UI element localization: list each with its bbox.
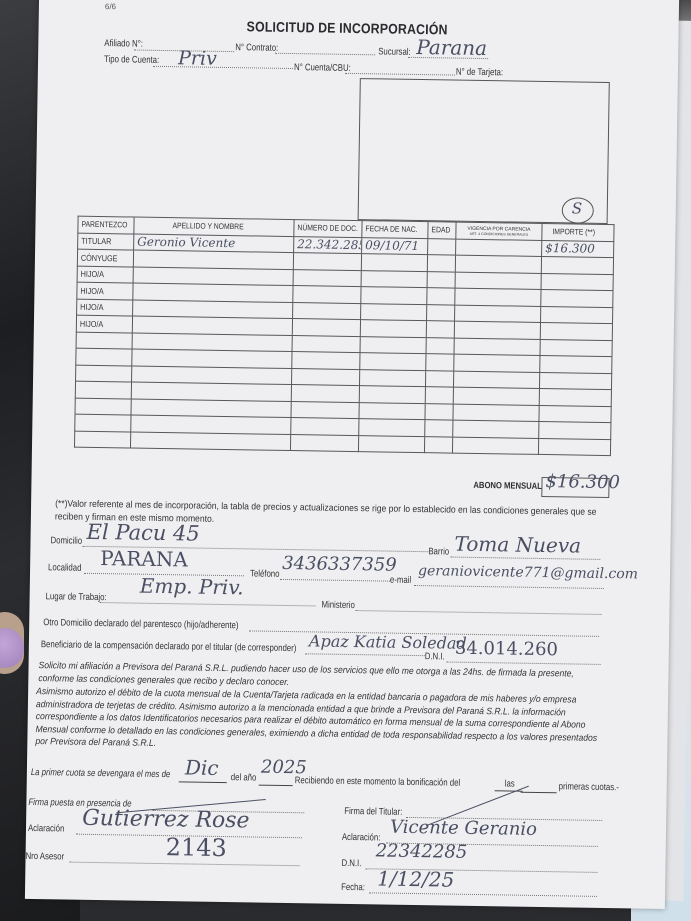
circled-mark: S (562, 197, 594, 223)
cell-importe[interactable] (539, 372, 611, 390)
sucursal-label: Sucursal: (378, 46, 411, 58)
email-label: e-mail (390, 575, 411, 586)
cell-doc[interactable] (293, 269, 361, 287)
cell-fecha[interactable] (361, 270, 427, 288)
cell-fecha[interactable] (359, 386, 425, 404)
nro-asesor-value: 2143 (166, 833, 228, 862)
cell-parentezco: HIJO/A (76, 315, 132, 332)
nro-asesor-label: Nro Asesor (25, 851, 64, 863)
cell-vigencia[interactable] (453, 371, 539, 389)
cell-fecha[interactable] (359, 419, 425, 437)
barrio-value: Toma Nueva (454, 532, 581, 558)
ministerio-label: Ministerio (321, 600, 355, 612)
cell-fecha[interactable] (358, 435, 424, 453)
cell-importe[interactable] (541, 289, 613, 307)
cell-edad[interactable] (425, 370, 453, 387)
domicilio-value: El Pacu 45 (86, 520, 199, 546)
domicilio-label: Domicilio (50, 535, 82, 546)
cell-importe[interactable] (541, 306, 613, 324)
cell-doc[interactable] (291, 418, 359, 436)
fecha-value: 1/12/25 (377, 866, 454, 891)
cell-doc[interactable] (290, 434, 358, 452)
cell-parentezco (75, 414, 131, 431)
col-importe: IMPORTE (**) (542, 223, 614, 241)
cell-parentezco (75, 398, 131, 415)
aclaracion-asesor-label: Aclaración (28, 823, 65, 835)
cell-vigencia[interactable] (453, 404, 539, 422)
cell-importe[interactable] (539, 421, 611, 439)
cell-vigencia[interactable] (454, 354, 540, 372)
cell-edad[interactable] (427, 304, 455, 321)
cell-fecha[interactable] (361, 303, 427, 321)
tipo-cuenta-field[interactable] (153, 66, 293, 69)
beneficiario-dni-label: D.N.I. (425, 651, 445, 662)
col-edad: EDAD (428, 222, 456, 239)
cell-edad[interactable] (426, 354, 454, 371)
cell-fecha[interactable] (359, 369, 425, 387)
cell-fecha[interactable] (361, 254, 427, 272)
bonificacion-field-2[interactable] (521, 792, 557, 794)
cell-edad[interactable] (427, 271, 455, 288)
anio-label: del año (231, 772, 257, 783)
cell-edad[interactable] (426, 337, 454, 354)
localidad-value: PARANA (100, 546, 188, 571)
cell-parentezco: CÓNYUGE (77, 249, 133, 266)
abono-value: $16.300 (545, 471, 620, 493)
cell-doc[interactable] (293, 286, 361, 304)
trabajo-value: Emp. Priv. (140, 574, 244, 600)
tipo-cuenta-value: Priv (178, 47, 217, 70)
cell-importe[interactable]: $16.300 (542, 240, 614, 258)
members-table: PARENTEZCO APELLIDO Y NOMBRE NÚMERO DE D… (74, 216, 615, 456)
bonificacion-label: Recibiendo en este momento la bonificaci… (295, 775, 461, 789)
cell-doc[interactable] (292, 352, 360, 370)
cell-vigencia[interactable] (453, 420, 539, 438)
col-vigencia: VIGENCIA POR CARENCIAART. 4 CONDICIONES … (456, 222, 542, 240)
cell-fecha[interactable] (360, 336, 426, 354)
cell-parentezco: HIJO/A (77, 282, 133, 299)
fecha-field[interactable] (369, 892, 597, 897)
cuenta-cbu-label: N° Cuenta/CBU: (294, 62, 351, 74)
beneficiario-value: Apaz Katia Soledad (309, 631, 467, 652)
cell-fecha[interactable] (361, 287, 427, 305)
cell-edad[interactable] (427, 255, 455, 272)
otro-domicilio-label: Otro Domicilio declarado del parentesco … (43, 617, 238, 631)
primer-cuota-label: La primer cuota se devengara el mes de (31, 767, 171, 780)
cell-doc[interactable] (293, 302, 361, 320)
sucursal-value: Parana (416, 35, 487, 60)
cell-doc[interactable] (291, 385, 359, 403)
col-parentezco: PARENTEZCO (78, 216, 134, 233)
cell-edad[interactable] (425, 387, 453, 404)
cell-parentezco: HIJO/A (77, 266, 133, 283)
cell-edad[interactable] (427, 288, 455, 305)
col-doc: NÚMERO DE DOC. (294, 220, 362, 238)
cell-edad[interactable] (428, 238, 456, 255)
cell-importe[interactable] (540, 355, 612, 373)
aclaracion-titular-value: Vicente Geranio (390, 817, 537, 840)
fecha-label: Fecha: (341, 882, 365, 893)
cell-fecha[interactable] (360, 320, 426, 338)
aclaracion-asesor-value: Gutierrez Rose (82, 806, 250, 834)
las-label: las (505, 778, 515, 789)
trabajo-label: Lugar de Trabajo: (46, 591, 107, 603)
tipo-cuenta-label: Tipo de Cuenta: (104, 54, 159, 66)
beneficiario-label: Beneficiario de la compensación declarad… (41, 639, 297, 654)
cuenta-cbu-field[interactable] (345, 73, 455, 76)
cell-vigencia[interactable] (454, 321, 540, 339)
cell-doc[interactable]: 22.342.285 (294, 236, 362, 254)
contrato-label: N° Contrato: (235, 42, 278, 54)
cell-importe[interactable] (541, 273, 613, 291)
page-number: 6/6 (105, 2, 116, 11)
cell-importe[interactable] (541, 256, 613, 274)
cell-doc[interactable] (292, 335, 360, 353)
dni-label: D.N.I. (341, 858, 361, 869)
ministerio-field[interactable] (355, 610, 601, 615)
aclaracion-titular-label: Aclaración: (342, 832, 381, 844)
afiliado-label: Afiliado N°: (104, 38, 143, 50)
mes-field[interactable] (179, 781, 227, 783)
mes-value: Dic (185, 755, 219, 780)
telefono-field[interactable] (280, 579, 390, 582)
telefono-label: Teléfono (250, 568, 280, 579)
email-value: geraniovicente771@gmail.com (418, 563, 638, 582)
cell-edad[interactable] (425, 403, 453, 420)
cell-doc[interactable] (292, 319, 360, 337)
cell-vigencia[interactable] (455, 288, 541, 306)
cell-vigencia[interactable] (456, 239, 542, 257)
cell-importe[interactable] (539, 388, 611, 406)
cell-importe[interactable] (538, 438, 610, 456)
cell-importe[interactable] (540, 322, 612, 340)
beneficiario-field[interactable] (305, 653, 425, 656)
cell-doc[interactable] (293, 253, 361, 271)
cell-parentezco (76, 348, 132, 365)
cell-parentezco: TITULAR (78, 233, 134, 250)
telefono-value: 3436337359 (282, 553, 397, 576)
cell-parentezco (74, 431, 130, 448)
beneficiario-dni-field[interactable] (447, 662, 601, 665)
dni-value: 22342285 (376, 840, 468, 862)
cell-parentezco: HIJO/A (77, 299, 133, 316)
tarjeta-label: N° de Tarjeta: (456, 67, 503, 79)
cell-vigencia[interactable] (455, 305, 541, 323)
cell-doc[interactable] (291, 401, 359, 419)
cell-fecha[interactable] (360, 353, 426, 371)
cell-importe[interactable] (540, 339, 612, 357)
cell-vigencia[interactable] (452, 437, 538, 455)
cell-parentezco (75, 381, 131, 398)
cell-fecha[interactable]: 09/10/71 (362, 237, 428, 255)
barrio-label: Barrio (428, 546, 449, 557)
cell-importe[interactable] (539, 405, 611, 423)
cell-edad[interactable] (425, 420, 453, 437)
cell-doc[interactable] (292, 368, 360, 386)
primeras-cuotas-label: primeras cuotas.- (559, 781, 619, 793)
application-form: 6/6 SOLICITUD DE INCORPORACIÓN Afiliado … (25, 0, 679, 909)
localidad-label: Localidad (48, 562, 82, 574)
cell-edad[interactable] (426, 321, 454, 338)
cell-vigencia[interactable] (453, 387, 539, 405)
nro-asesor-field[interactable] (69, 862, 299, 867)
cell-vigencia[interactable] (455, 255, 541, 273)
beneficiario-dni-value: 34.014.260 (455, 638, 558, 661)
anio-field[interactable] (259, 785, 293, 787)
cell-nombre[interactable] (130, 432, 290, 451)
email-field[interactable] (414, 585, 604, 589)
contrato-field[interactable] (275, 53, 375, 56)
abono-label: ABONO MENSUAL (473, 480, 542, 491)
trabajo-field[interactable] (100, 602, 316, 606)
cell-vigencia[interactable] (455, 272, 541, 290)
terms-debit: Asimismo autorizo el débito de la cuota … (35, 685, 606, 756)
cell-vigencia[interactable] (454, 338, 540, 356)
cell-edad[interactable] (424, 436, 452, 453)
cell-fecha[interactable] (359, 402, 425, 420)
cell-parentezco (76, 332, 132, 349)
col-fecha: FECHA DE NAC. (362, 221, 428, 239)
cell-parentezco (76, 365, 132, 382)
